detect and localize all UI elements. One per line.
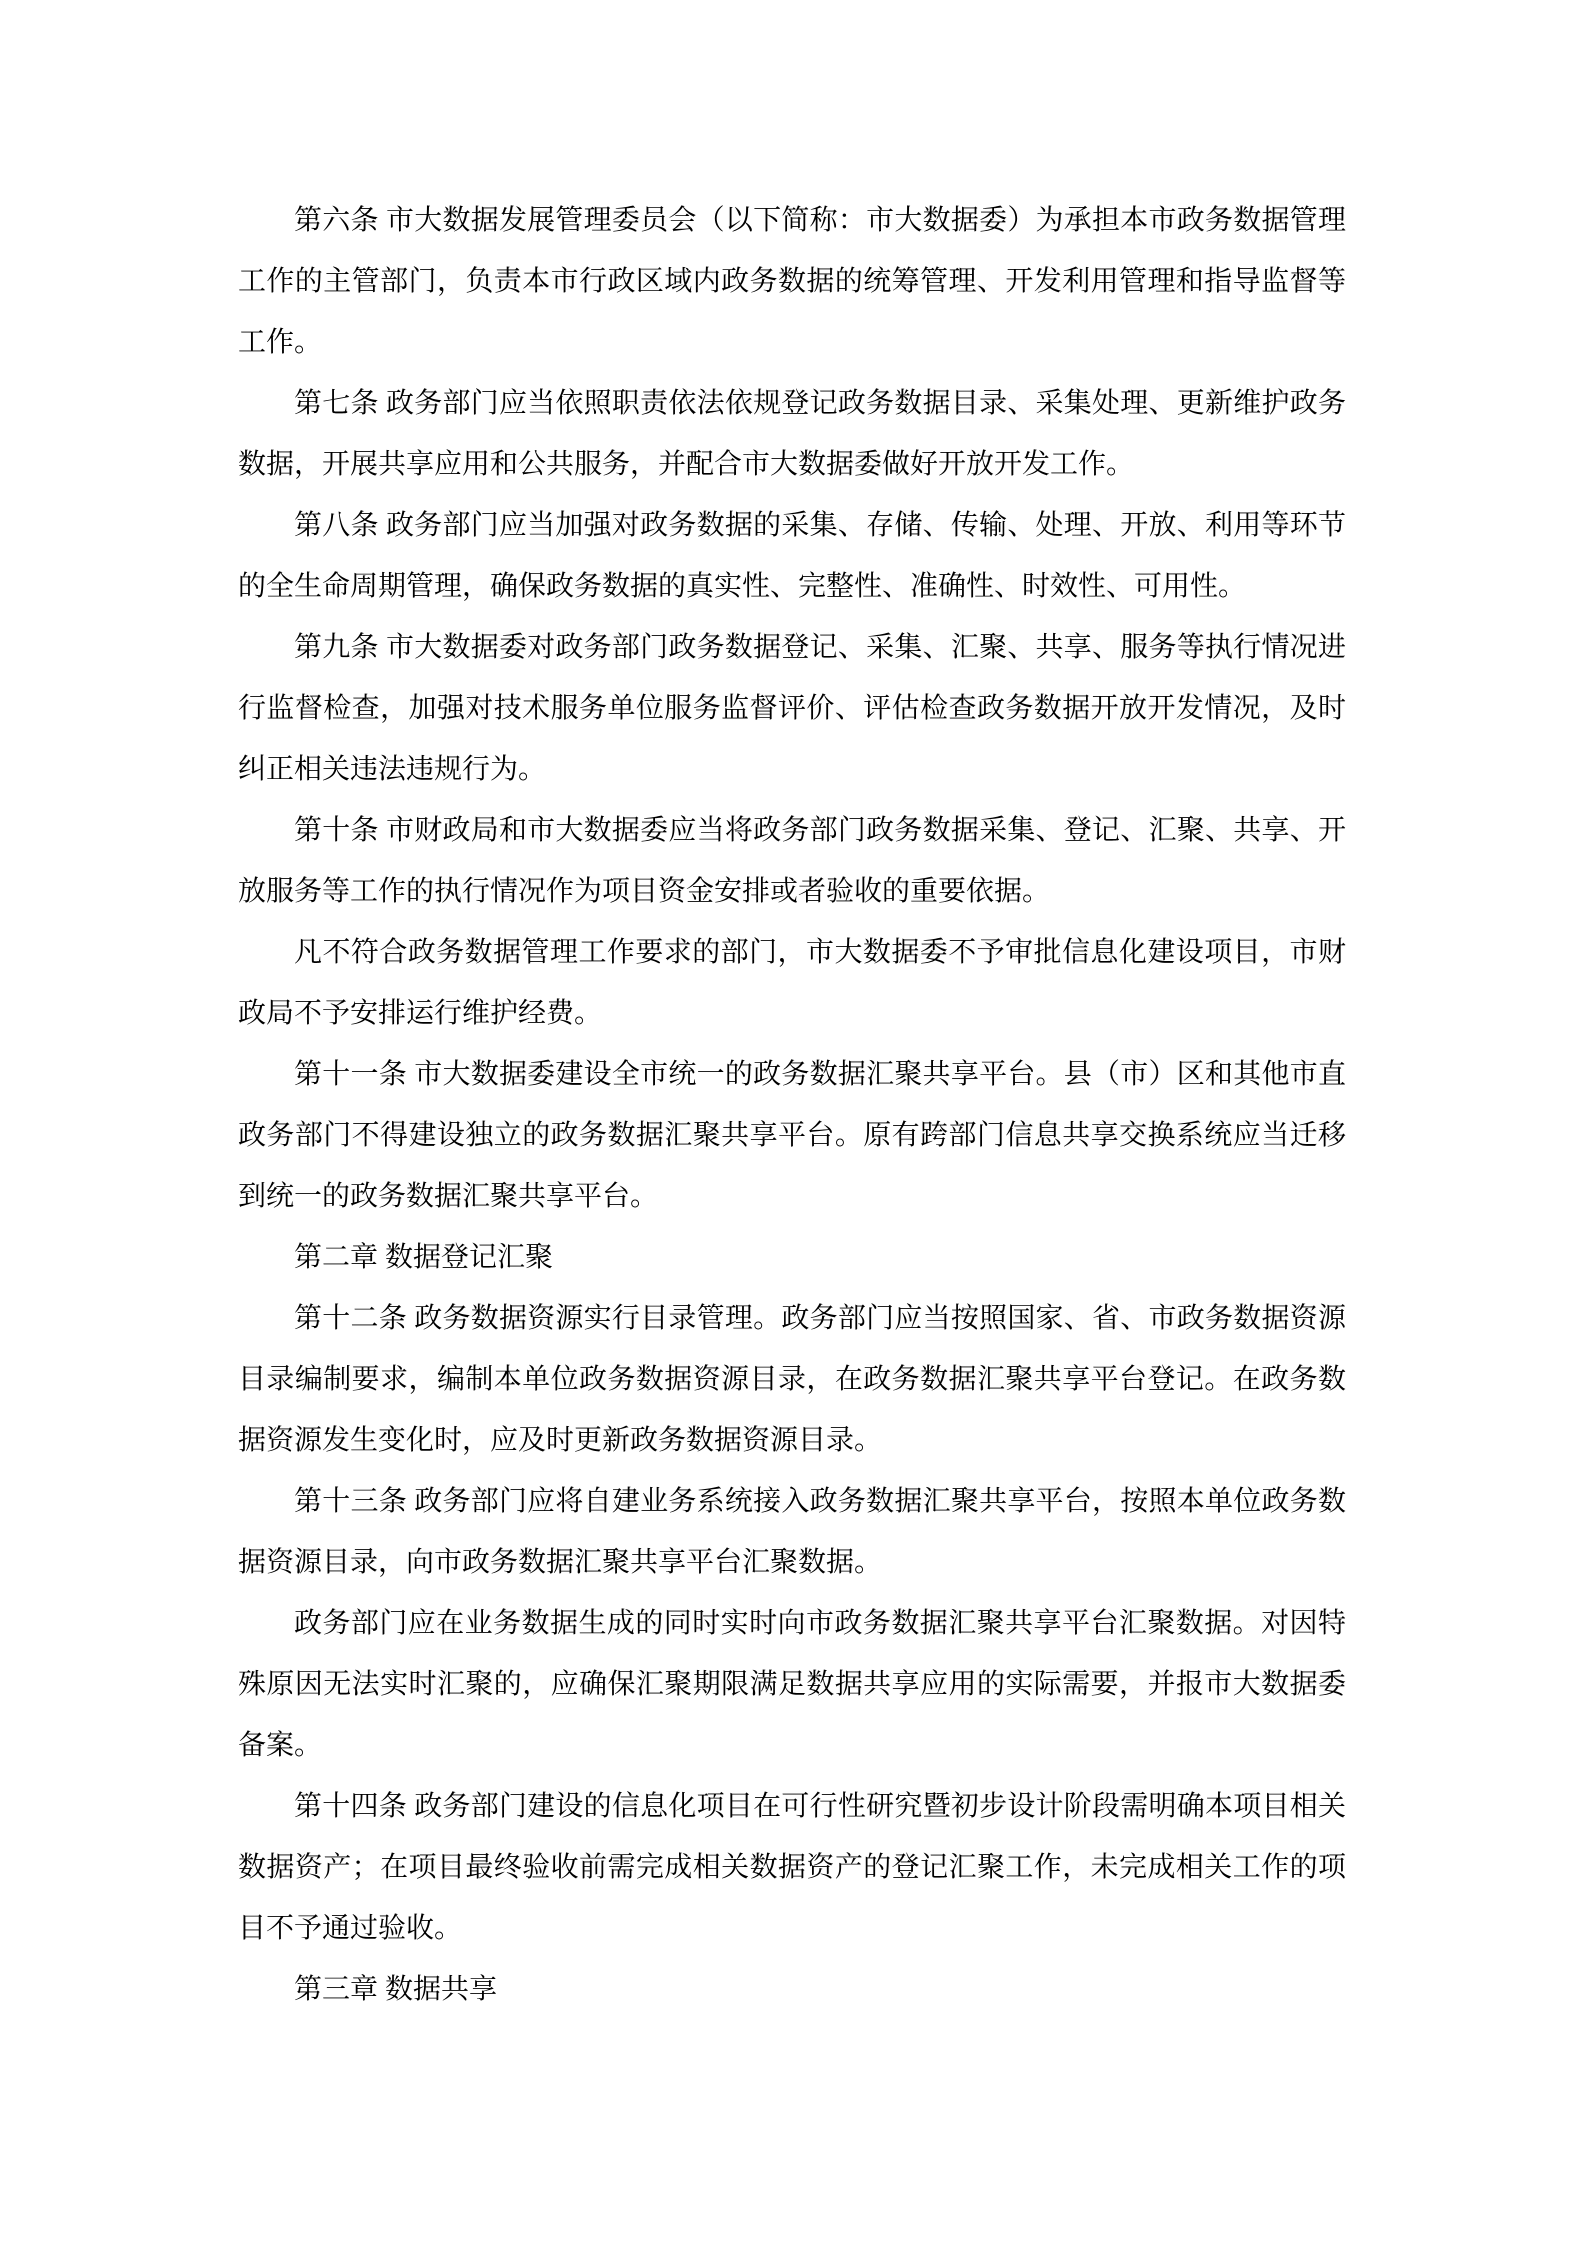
article-paragraph: 第十条 市财政局和市大数据委应当将政务部门政务数据采集、登记、汇聚、共享、开放服…	[238, 800, 1346, 922]
article-paragraph: 第九条 市大数据委对政务部门政务数据登记、采集、汇聚、共享、服务等执行情况进行监…	[238, 617, 1346, 800]
chapter-heading: 第二章 数据登记汇聚	[238, 1227, 1346, 1288]
article-paragraph: 第六条 市大数据发展管理委员会（以下简称：市大数据委）为承担本市政务数据管理工作…	[238, 190, 1346, 373]
article-paragraph: 第十三条 政务部门应将自建业务系统接入政务数据汇聚共享平台，按照本单位政务数据资…	[238, 1471, 1346, 1593]
chapter-heading: 第三章 数据共享	[238, 1959, 1346, 2020]
body-paragraph: 凡不符合政务数据管理工作要求的部门，市大数据委不予审批信息化建设项目，市财政局不…	[238, 922, 1346, 1044]
body-paragraph: 政务部门应在业务数据生成的同时实时向市政务数据汇聚共享平台汇聚数据。对因特殊原因…	[238, 1593, 1346, 1776]
article-paragraph: 第十一条 市大数据委建设全市统一的政务数据汇聚共享平台。县（市）区和其他市直政务…	[238, 1044, 1346, 1227]
article-paragraph: 第七条 政务部门应当依照职责依法依规登记政务数据目录、采集处理、更新维护政务数据…	[238, 373, 1346, 495]
article-paragraph: 第十四条 政务部门建设的信息化项目在可行性研究暨初步设计阶段需明确本项目相关数据…	[238, 1776, 1346, 1959]
document-page: 第六条 市大数据发展管理委员会（以下简称：市大数据委）为承担本市政务数据管理工作…	[0, 0, 1586, 2244]
article-paragraph: 第八条 政务部门应当加强对政务数据的采集、存储、传输、处理、开放、利用等环节的全…	[238, 495, 1346, 617]
article-paragraph: 第十二条 政务数据资源实行目录管理。政务部门应当按照国家、省、市政务数据资源目录…	[238, 1288, 1346, 1471]
document-text-block: 第六条 市大数据发展管理委员会（以下简称：市大数据委）为承担本市政务数据管理工作…	[238, 190, 1346, 2020]
